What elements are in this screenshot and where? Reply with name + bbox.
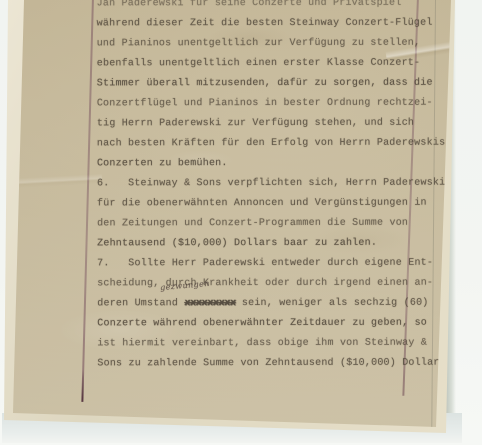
typed-line: Sons zu zahlende Summe von Zehntausend (… [97,354,445,375]
strikethrough-text: xxxxxxxxx [183,294,236,314]
typed-line: Stimmer überall mitzusenden, dafür zu so… [97,74,445,95]
scanned-document-view: Jan Paderewski für seine Conzerte und Pr… [0,0,482,445]
typed-line: ist hiermit vereinbart, dass obige ihm v… [97,334,445,355]
typed-segment: deren Umstand [97,298,184,309]
typed-line: deren Umstand xxxxxxxxx sein, weniger al… [97,294,445,315]
typed-line: Conzerte während obenerwähnter Zeitdauer… [97,314,445,335]
typed-segment: sein, weniger als sechzig (60) [236,298,429,309]
typed-line: scheidung, durch Krankheit oder durch ir… [97,274,445,295]
typed-line: Conzerten zu bemühen. [97,154,445,175]
typed-line: tig Herrn Paderewski zur Verfügung stehe… [97,114,445,135]
margin-rule-left [81,0,93,402]
typed-line: 7. Sollte Herr Paderewski entweder durch… [97,254,445,275]
typed-line: für die obenerwähnten Annoncen und Vergü… [97,194,445,215]
paper-sheet: Jan Paderewski für seine Conzerte und Pr… [0,0,482,445]
typed-line: und Pianinos unentgeltlich zur Verfügung… [97,34,445,55]
typed-line: ebenfalls unentgeltlich einen erster Kla… [97,54,445,75]
typed-line: nach besten Kräften für den Erfolg von H… [97,134,445,155]
typed-text: Jan Paderewski für seine Conzerte und Pr… [97,0,446,374]
typed-line: Conzertflügel und Pianinos in bester Ord… [97,94,445,115]
typed-line: Jan Paderewski für seine Conzerte und Pr… [97,0,445,14]
typed-line: Zehntausend ($10,000) Dollars baar zu za… [97,234,445,255]
fold-crease [14,174,102,189]
typed-line: den Zeitungen und Conzert-Programmen die… [97,214,445,235]
typed-line: während dieser Zeit die besten Steinway … [97,14,445,35]
typed-line: 6. Steinway & Sons verpflichten sich, He… [97,174,445,195]
